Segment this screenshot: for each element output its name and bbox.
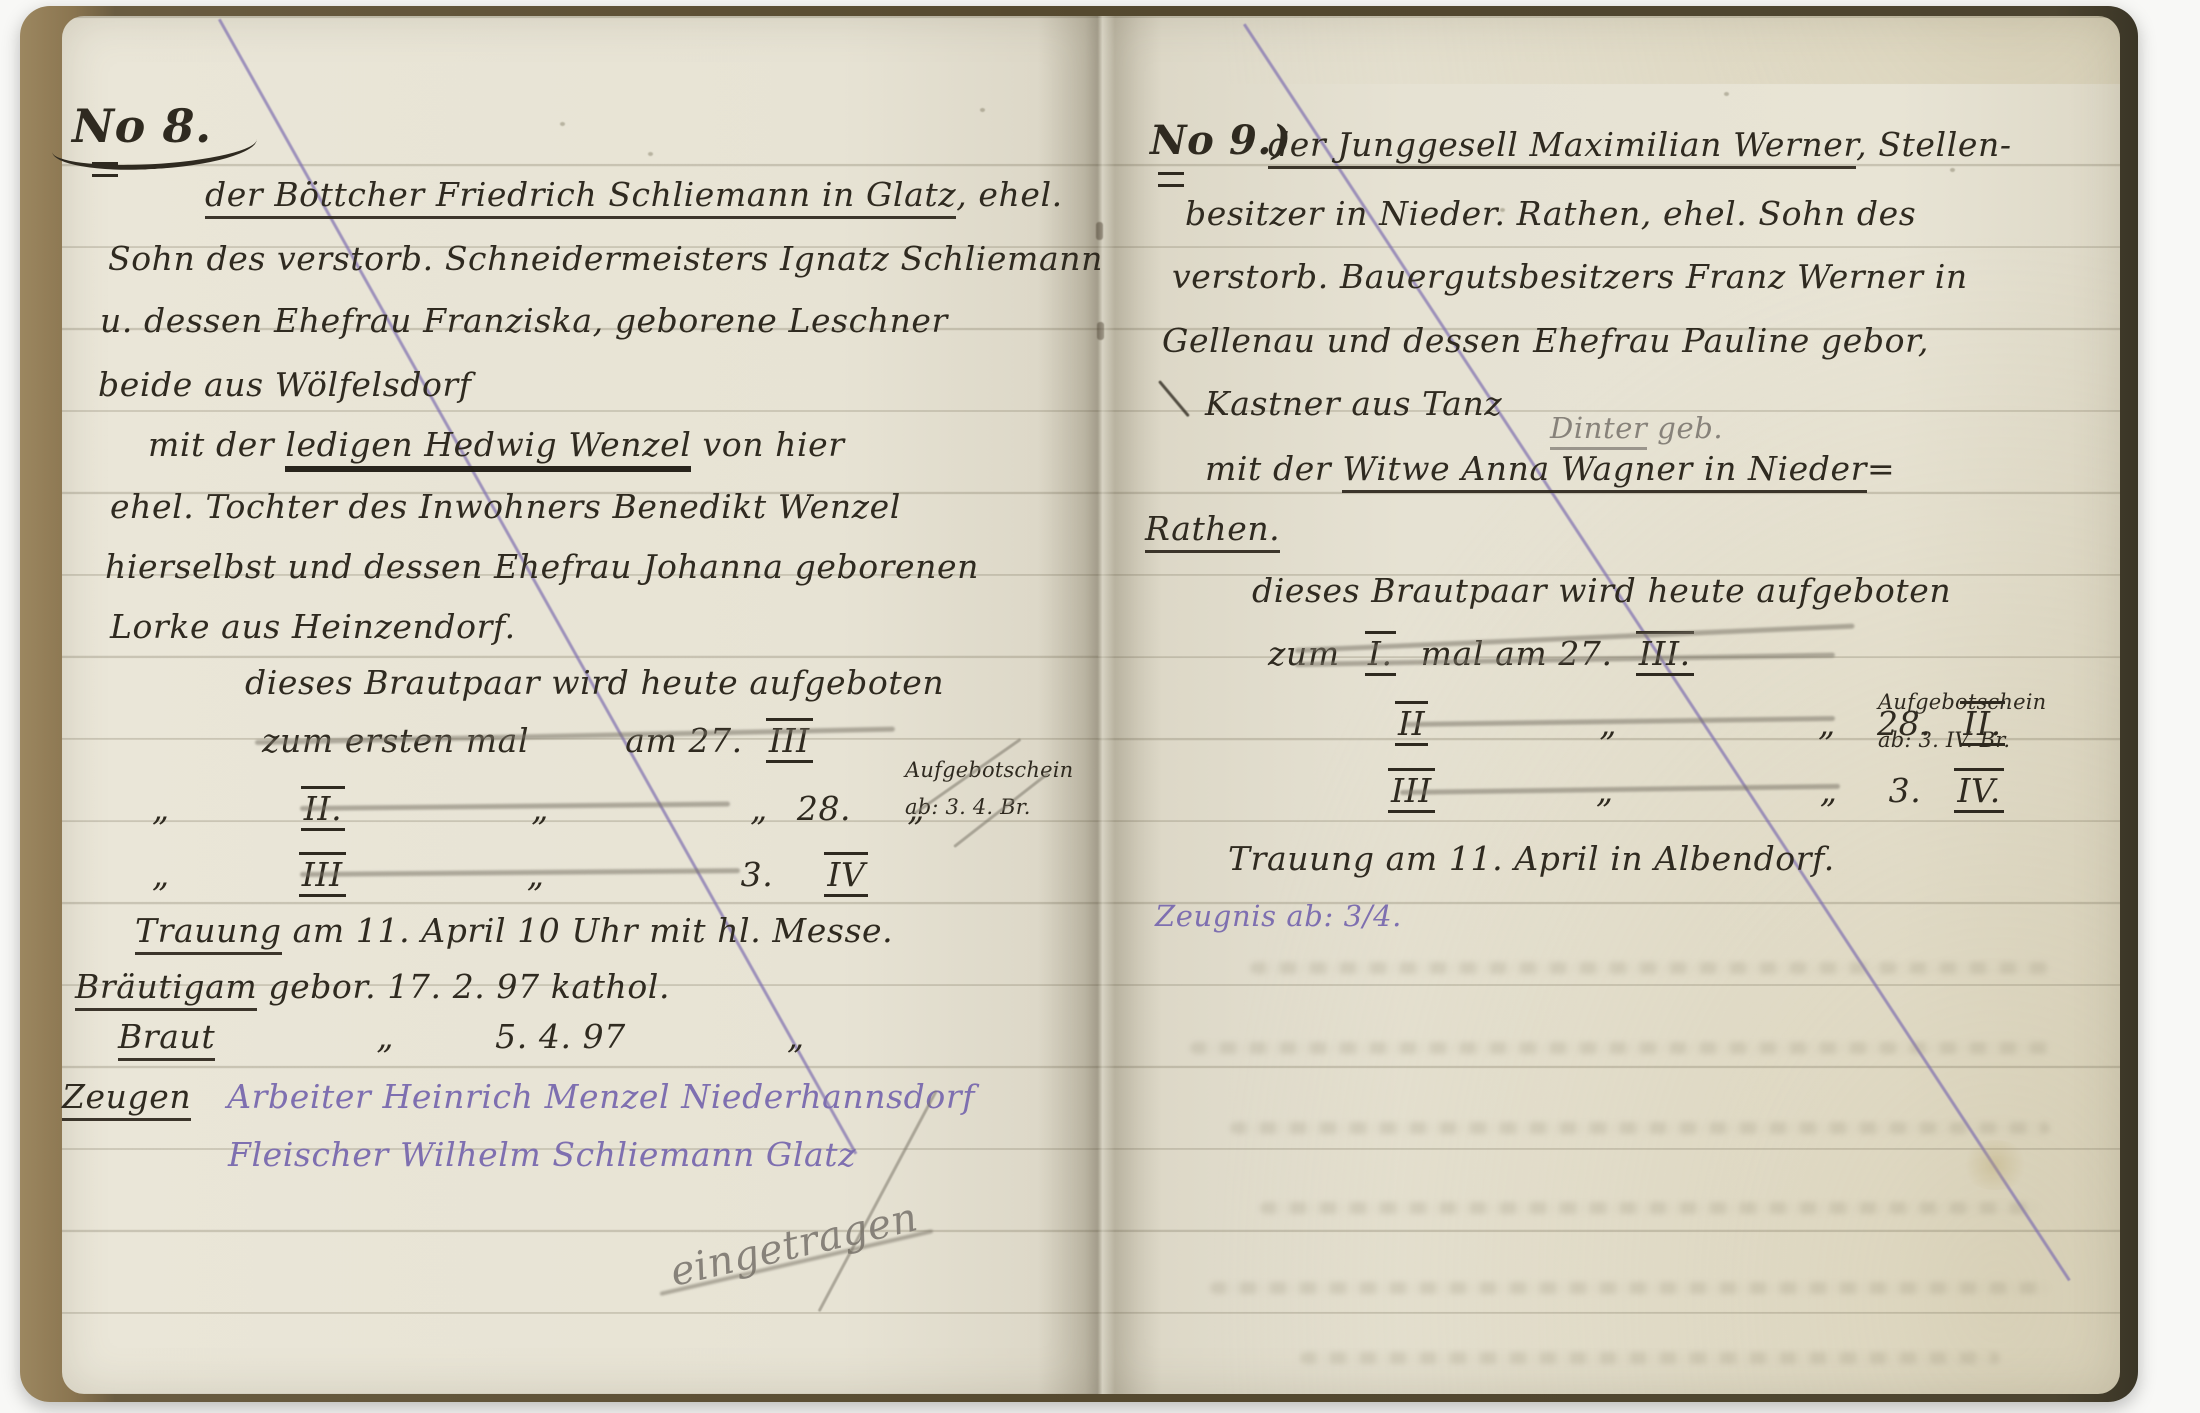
entry9-line2: besitzer in Nieder. Rathen, ehel. Sohn d… bbox=[1185, 195, 1916, 233]
witness8-1: Arbeiter Heinrich Menzel Niederhannsdorf bbox=[227, 1077, 975, 1116]
ditto-mark: „ bbox=[787, 1017, 805, 1056]
page-stain bbox=[1960, 1140, 2030, 1190]
pencil-insert-rest: geb. bbox=[1647, 411, 1723, 445]
ditto-mark: „ bbox=[1820, 771, 1838, 810]
entry8-line6: ehel. Tochter des Inwohners Benedikt Wen… bbox=[110, 488, 901, 526]
stitch-mark bbox=[1096, 222, 1103, 240]
entry8-line5: mit der ledigen Hedwig Wenzel von hier bbox=[148, 426, 845, 464]
bride8-label: Braut bbox=[118, 1017, 215, 1061]
entry9-line6: mit der Witwe Anna Wagner in Nieder= bbox=[1205, 450, 1895, 488]
entry9-line6-rest: = bbox=[1867, 449, 1895, 488]
entry9-number-double-underline bbox=[1158, 172, 1184, 187]
bleedthrough-row bbox=[1250, 962, 2050, 974]
entry9-banns-intro: dieses Brautpaar wird heute aufgeboten bbox=[1252, 572, 1951, 610]
groom9-name-underlined: der Junggesell Maximilian Werner bbox=[1268, 125, 1856, 169]
pencil-insert-name: Dinter bbox=[1550, 411, 1647, 450]
banns8-row3-month: IV bbox=[824, 852, 868, 897]
entry8-line5-rest: von hier bbox=[691, 425, 844, 464]
banns9-row1-numeral: I. bbox=[1365, 631, 1396, 676]
entry8-banns-row2: „ II. „ „ 28. „ bbox=[152, 790, 925, 828]
entry9-line3: verstorb. Bauergutsbesitzers Franz Werne… bbox=[1172, 258, 1968, 296]
entry8-line2: Sohn des verstorb. Schneidermeisters Ign… bbox=[108, 240, 1103, 278]
entry8-witnesses-line1: ZeugenArbeiter Heinrich Menzel Niederhan… bbox=[62, 1078, 975, 1116]
bride9-name-underlined: Witwe Anna Wagner in Nieder bbox=[1342, 449, 1867, 493]
witnesses8-label: Zeugen bbox=[62, 1077, 191, 1121]
banns8-row1-month: III bbox=[766, 718, 813, 763]
foxing-speck bbox=[648, 152, 653, 156]
trauung8-label: Trauung bbox=[135, 911, 282, 955]
bleedthrough-row bbox=[1300, 1352, 2000, 1364]
entry8-groom-birth-line: Bräutigam gebor. 17. 2. 97 kathol. bbox=[75, 968, 670, 1006]
ditto-mark: „ bbox=[376, 1017, 394, 1056]
ditto-mark: „ bbox=[152, 855, 170, 894]
entry9-margin-note-2: ab: 3. IV. Br. bbox=[1878, 728, 2010, 752]
entry9-line7-text: Rathen. bbox=[1145, 509, 1280, 553]
banns9-row3-month: IV. bbox=[1954, 768, 2003, 813]
entry9-trauung-line: Trauung am 11. April in Albendorf. bbox=[1228, 840, 1835, 878]
foxing-speck bbox=[560, 122, 565, 126]
foxing-speck bbox=[980, 108, 985, 112]
foxing-speck bbox=[1500, 208, 1505, 212]
bleedthrough-row bbox=[1210, 1282, 2050, 1294]
groom8-birth: gebor. 17. 2. 97 kathol. bbox=[257, 967, 670, 1006]
ditto-mark: „ bbox=[1818, 704, 1836, 743]
banns9-row3-day: 3. bbox=[1889, 771, 1922, 810]
bride8-birth-date: 5. 4. 97 bbox=[495, 1017, 626, 1056]
notebook-photo: No 8. der Böttcher Friedrich Schliemann … bbox=[0, 0, 2200, 1413]
bleedthrough-row bbox=[1190, 1042, 2050, 1054]
entry8-bride-birth-line: Braut „ 5. 4. 97 „ bbox=[118, 1018, 805, 1056]
groom8-name-underlined: der Böttcher Friedrich Schliemann in Gla… bbox=[205, 175, 956, 219]
entry8-line1: der Böttcher Friedrich Schliemann in Gla… bbox=[205, 176, 1063, 214]
foxing-speck bbox=[1950, 168, 1955, 172]
banns9-row1-pre: zum bbox=[1268, 634, 1340, 673]
banns8-row3-day: 3. bbox=[741, 855, 774, 894]
entry8-line3: u. dessen Ehefrau Franziska, geborene Le… bbox=[100, 302, 948, 340]
banns9-row1-month: III. bbox=[1636, 631, 1694, 676]
entry8-line7: hierselbst und dessen Ehefrau Johanna ge… bbox=[105, 548, 979, 586]
page-left bbox=[62, 16, 1098, 1394]
entry8-number-double-underline bbox=[92, 162, 118, 177]
stitch-mark bbox=[1097, 322, 1104, 340]
entry9-line5: Kastner aus Tanz bbox=[1205, 385, 1502, 423]
entry9-line6-pre: mit der bbox=[1205, 449, 1342, 488]
entry9-line1-rest: , Stellen- bbox=[1856, 125, 2011, 164]
entry9-line1: der Junggesell Maximilian Werner, Stelle… bbox=[1268, 126, 2012, 164]
entry9-line4: Gellenau und dessen Ehefrau Pauline gebo… bbox=[1162, 322, 1929, 360]
groom8-label: Bräutigam bbox=[75, 967, 257, 1011]
bleedthrough-row bbox=[1230, 1122, 2050, 1134]
entry9-zeugnis-note: Zeugnis ab: 3/4. bbox=[1155, 900, 1402, 933]
ditto-mark: „ bbox=[152, 789, 170, 828]
entry8-line8: Lorke aus Heinzendorf. bbox=[110, 608, 516, 646]
entry8-banns-intro: dieses Brautpaar wird heute aufgeboten bbox=[245, 664, 944, 702]
entry8-line4: beide aus Wölfelsdorf bbox=[98, 366, 472, 404]
entry8-line5-pre: mit der bbox=[148, 425, 285, 464]
bleedthrough-row bbox=[1260, 1202, 2040, 1214]
ditto-mark: „ bbox=[750, 789, 768, 828]
entry9-pencil-insert: Dinter geb. bbox=[1550, 412, 1723, 445]
bride8-name-underlined: ledigen Hedwig Wenzel bbox=[285, 425, 691, 472]
witness8-2: Fleischer Wilhelm Schliemann Glatz bbox=[228, 1136, 856, 1174]
entry9-line7: Rathen. bbox=[1145, 510, 1280, 548]
banns8-row2-day: 28. bbox=[797, 789, 851, 828]
entry9-margin-note-1: Aufgebotschein bbox=[1878, 690, 2046, 714]
entry8-trauung-line: Trauung am 11. April 10 Uhr mit hl. Mess… bbox=[135, 912, 893, 950]
banns8-row1-date: am 27. bbox=[625, 721, 743, 760]
entry8-line1-rest: , ehel. bbox=[956, 175, 1063, 214]
foxing-speck bbox=[1724, 92, 1729, 96]
trauung8-details: am 11. April 10 Uhr mit hl. Messe. bbox=[282, 911, 894, 950]
